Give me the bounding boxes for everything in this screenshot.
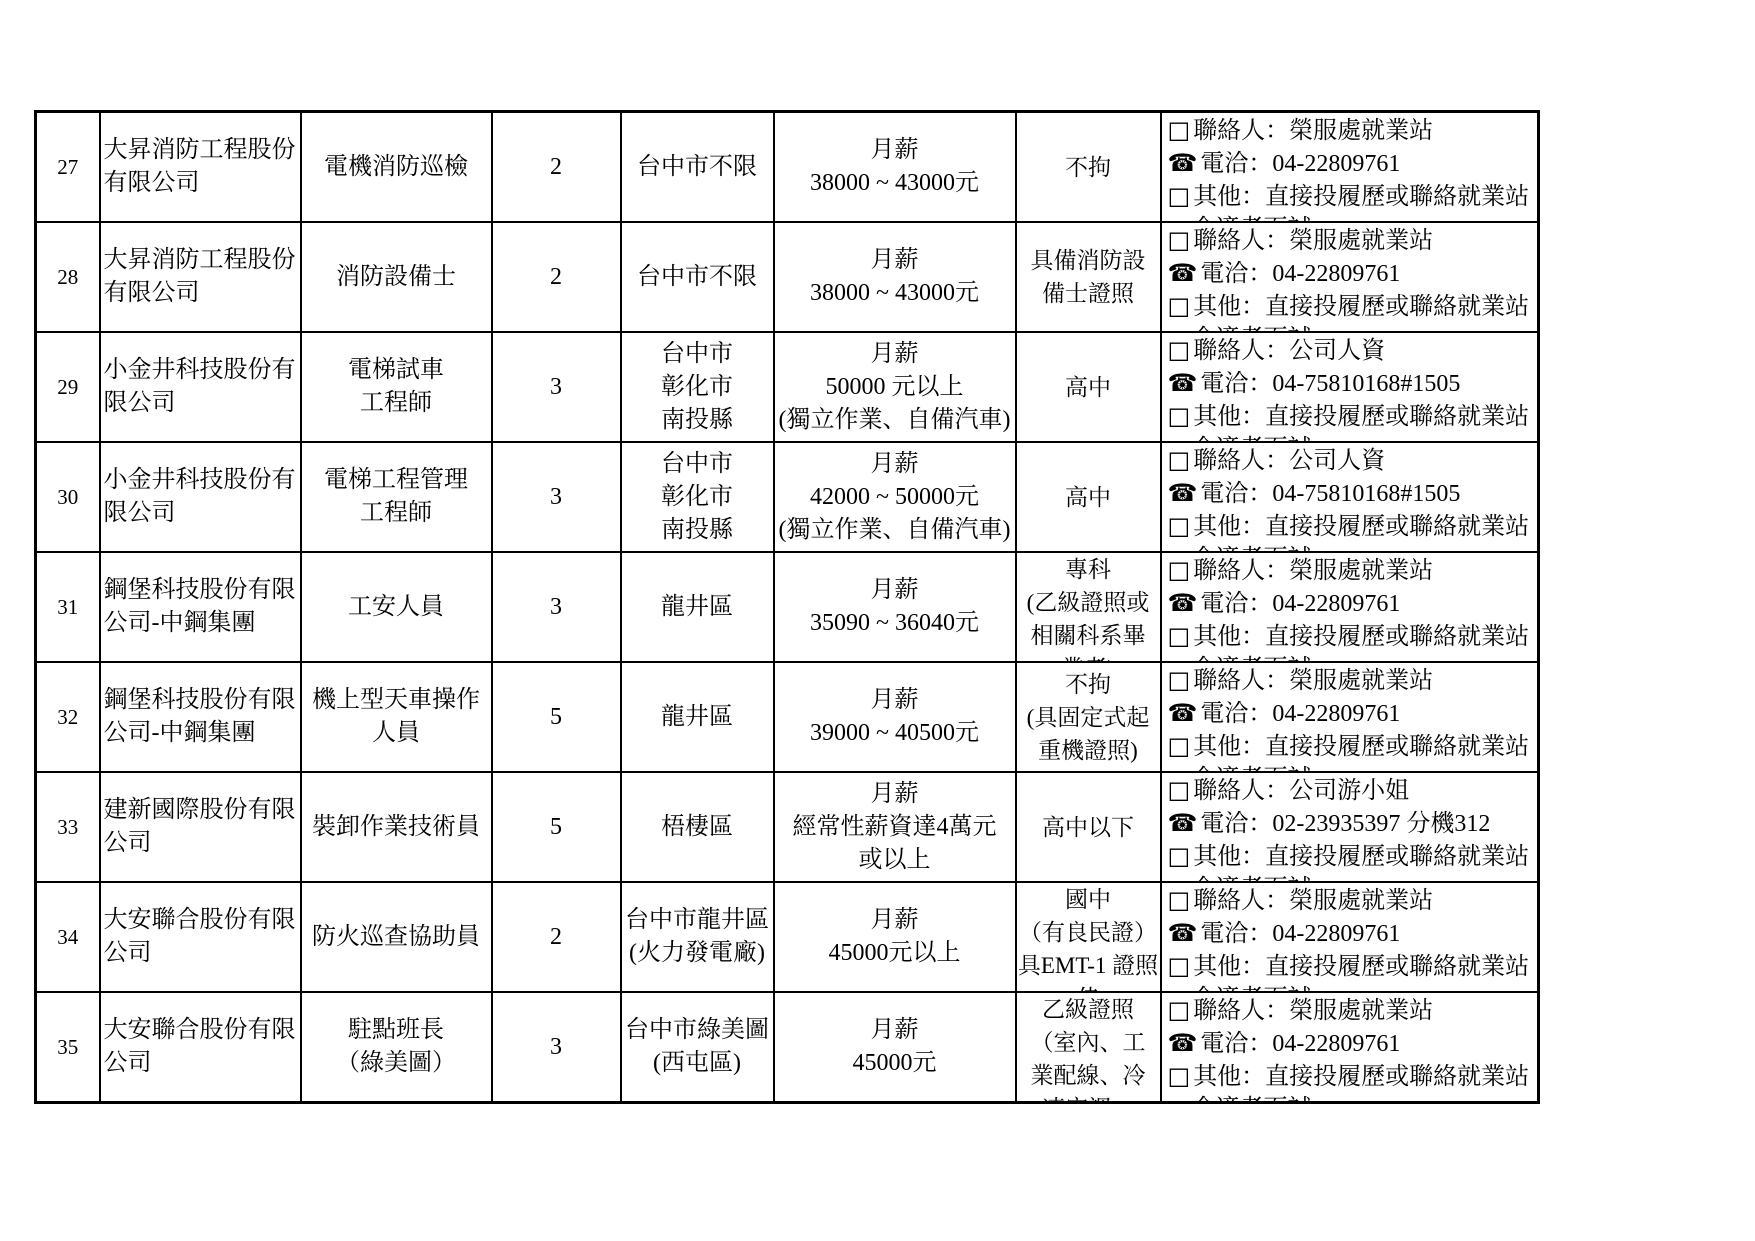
contact-line: □聯絡人：榮服處就業站 [1168, 664, 1534, 697]
phone-icon: ☎ [1168, 919, 1198, 947]
job-title-cell: 防火巡查協助員 [301, 882, 492, 992]
contact-line-text: 聯絡人：公司游小姐 [1193, 778, 1409, 804]
salary-text: 月薪 35090 ~ 36040元 [775, 574, 1015, 640]
contact-cell: □聯絡人：公司人資☎電洽：04-75810168#1505□其他：直接投履歷或聯… [1161, 442, 1539, 552]
checkbox-icon: □ [1168, 116, 1191, 144]
salary-cell: 月薪 38000 ~ 43000元 [774, 112, 1016, 223]
table-row: 35 大安聯合股份有限公司 駐點班長 （綠美圖） 3 台中市綠美圖 (西屯區) … [36, 992, 1539, 1103]
contact-info: □聯絡人：榮服處就業站☎電洽：04-22809761□其他：直接投履歷或聯絡就業… [1168, 664, 1534, 771]
openings-cell: 2 [492, 112, 621, 223]
row-number-cell: 35 [36, 992, 100, 1103]
row-number-cell: 33 [36, 772, 100, 882]
checkbox-icon: □ [1168, 952, 1191, 980]
contact-line: ☎電洽：04-75810168#1505 [1168, 367, 1534, 400]
checkbox-icon: □ [1168, 556, 1191, 584]
location-cell: 台中市不限 [621, 222, 774, 332]
contact-line-text: 其他：直接投履歷或聯絡就業站 ，合適者面試 [1168, 1064, 1530, 1101]
row-number: 31 [37, 591, 99, 624]
checkbox-icon: □ [1168, 842, 1191, 870]
checkbox-icon: □ [1168, 622, 1191, 650]
company-name: 小金井科技股份有限公司 [101, 464, 300, 530]
openings-cell: 3 [492, 332, 621, 442]
job-listings-table: 27 大昇消防工程股份有限公司 電機消防巡檢 2 台中市不限 月薪 38000 … [34, 110, 1540, 1104]
requirement-text: 不拘 [1017, 151, 1160, 184]
contact-line: □聯絡人：公司游小姐 [1168, 774, 1534, 807]
table-row: 30 小金井科技股份有限公司 電梯工程管理 工程師 3 台中市 彰化市 南投縣 … [36, 442, 1539, 552]
contact-line: □其他：直接投履歷或聯絡就業站 ，合適者面試 [1168, 290, 1534, 331]
location-cell: 梧棲區 [621, 772, 774, 882]
location-text: 台中市不限 [622, 151, 773, 184]
job-title: 電機消防巡檢 [302, 151, 491, 184]
contact-info: □聯絡人：公司人資☎電洽：04-75810168#1505□其他：直接投履歷或聯… [1168, 444, 1534, 551]
contact-line-text: 電洽：02-23935397 分機312 [1200, 811, 1490, 837]
table-row: 27 大昇消防工程股份有限公司 電機消防巡檢 2 台中市不限 月薪 38000 … [36, 112, 1539, 223]
contact-info: □聯絡人：榮服處就業站☎電洽：04-22809761□其他：直接投履歷或聯絡就業… [1168, 994, 1534, 1101]
contact-line-text: 電洽：04-22809761 [1200, 701, 1400, 727]
salary-cell: 月薪 50000 元以上 (獨立作業、自備汽車) [774, 332, 1016, 442]
openings-cell: 3 [492, 552, 621, 662]
location-text: 梧棲區 [622, 811, 773, 844]
location-text: 龍井區 [622, 591, 773, 624]
table-row: 29 小金井科技股份有限公司 電梯試車 工程師 3 台中市 彰化市 南投縣 月薪… [36, 332, 1539, 442]
contact-line-text: 電洽：04-22809761 [1200, 591, 1400, 617]
job-title: 裝卸作業技術員 [302, 811, 491, 844]
checkbox-icon: □ [1168, 226, 1191, 254]
requirement-cell: 高中 [1016, 442, 1161, 552]
company-name: 大昇消防工程股份有限公司 [101, 134, 300, 200]
company-cell: 鋼堡科技股份有限公司-中鋼集團 [100, 552, 301, 662]
contact-cell: □聯絡人：榮服處就業站☎電洽：04-22809761□其他：直接投履歷或聯絡就業… [1161, 112, 1539, 223]
contact-line: □其他：直接投履歷或聯絡就業站 ，合適者面試 [1168, 730, 1534, 771]
openings-cell: 2 [492, 222, 621, 332]
contact-line-text: 電洽：04-22809761 [1200, 1031, 1400, 1057]
contact-line: ☎電洽：04-22809761 [1168, 147, 1534, 180]
contact-line: □其他：直接投履歷或聯絡就業站 ，合適者面試 [1168, 1060, 1534, 1101]
contact-line: □聯絡人：榮服處就業站 [1168, 554, 1534, 587]
company-cell: 小金井科技股份有限公司 [100, 442, 301, 552]
contact-line: ☎電洽：04-22809761 [1168, 587, 1534, 620]
phone-icon: ☎ [1168, 699, 1198, 727]
location-text: 龍井區 [622, 701, 773, 734]
phone-icon: ☎ [1168, 809, 1198, 837]
row-number: 28 [37, 261, 99, 294]
contact-line: ☎電洽：04-22809761 [1168, 257, 1534, 290]
requirement-cell: 具備消防設 備士證照 [1016, 222, 1161, 332]
checkbox-icon: □ [1168, 292, 1191, 320]
salary-cell: 月薪 經常性薪資達4萬元 或以上 [774, 772, 1016, 882]
location-text: 台中市 彰化市 南投縣 [622, 448, 773, 547]
requirement-cell: 高中以下 [1016, 772, 1161, 882]
location-text: 台中市 彰化市 南投縣 [622, 338, 773, 437]
location-text: 台中市綠美圖 (西屯區) [622, 1014, 773, 1080]
contact-line-text: 聯絡人：榮服處就業站 [1193, 888, 1433, 914]
requirement-text: 高中以下 [1017, 811, 1160, 844]
openings-cell: 3 [492, 442, 621, 552]
requirement-text: 乙級證照 （室內、工 業配線、冷 凍空調、 [1017, 993, 1160, 1101]
openings-cell: 2 [492, 882, 621, 992]
row-number: 30 [37, 481, 99, 514]
salary-text: 月薪 經常性薪資達4萬元 或以上 [775, 778, 1015, 877]
location-cell: 台中市不限 [621, 112, 774, 223]
salary-cell: 月薪 45000元以上 [774, 882, 1016, 992]
contact-line-text: 聯絡人：榮服處就業站 [1193, 118, 1433, 144]
contact-line: □聯絡人：榮服處就業站 [1168, 114, 1534, 147]
openings-count: 5 [493, 811, 620, 844]
location-cell: 台中市 彰化市 南投縣 [621, 442, 774, 552]
checkbox-icon: □ [1168, 182, 1191, 210]
contact-line: ☎電洽：04-22809761 [1168, 697, 1534, 730]
job-title: 防火巡查協助員 [302, 921, 491, 954]
salary-text: 月薪 45000元 [775, 1014, 1015, 1080]
contact-line-text: 其他：直接投履歷或聯絡就業站 ，合適者面試 [1168, 514, 1530, 551]
contact-line: □聯絡人：公司人資 [1168, 444, 1534, 477]
contact-cell: □聯絡人：榮服處就業站☎電洽：04-22809761□其他：直接投履歷或聯絡就業… [1161, 992, 1539, 1103]
requirement-cell: 不拘 [1016, 112, 1161, 223]
row-number-cell: 29 [36, 332, 100, 442]
row-number: 35 [37, 1031, 99, 1064]
requirement-cell: 專科 (乙級證照或 相關科系畢 業者) [1016, 552, 1161, 662]
checkbox-icon: □ [1168, 666, 1191, 694]
row-number-cell: 32 [36, 662, 100, 772]
openings-count: 5 [493, 701, 620, 734]
openings-count: 2 [493, 921, 620, 954]
contact-line-text: 聯絡人：榮服處就業站 [1193, 558, 1433, 584]
contact-line-text: 電洽：04-22809761 [1200, 151, 1400, 177]
job-title-cell: 電機消防巡檢 [301, 112, 492, 223]
row-number: 34 [37, 921, 99, 954]
job-title: 電梯工程管理 工程師 [302, 464, 491, 530]
salary-text: 月薪 38000 ~ 43000元 [775, 134, 1015, 200]
salary-text: 月薪 42000 ~ 50000元 (獨立作業、自備汽車) [775, 448, 1015, 547]
contact-line-text: 聯絡人：公司人資 [1193, 448, 1385, 474]
company-cell: 大昇消防工程股份有限公司 [100, 222, 301, 332]
company-cell: 鋼堡科技股份有限公司-中鋼集團 [100, 662, 301, 772]
contact-line-text: 其他：直接投履歷或聯絡就業站 ，合適者面試 [1168, 624, 1530, 661]
phone-icon: ☎ [1168, 479, 1198, 507]
row-number: 33 [37, 811, 99, 844]
contact-line-text: 其他：直接投履歷或聯絡就業站 ，合適者面試 [1168, 734, 1530, 771]
contact-info: □聯絡人：榮服處就業站☎電洽：04-22809761□其他：直接投履歷或聯絡就業… [1168, 114, 1534, 221]
job-title-cell: 電梯試車 工程師 [301, 332, 492, 442]
company-name: 大安聯合股份有限公司 [101, 1014, 300, 1080]
job-title-cell: 駐點班長 （綠美圖） [301, 992, 492, 1103]
phone-icon: ☎ [1168, 259, 1198, 287]
row-number: 32 [37, 701, 99, 734]
job-title-cell: 機上型天車操作 人員 [301, 662, 492, 772]
requirement-cell: 不拘 (具固定式起 重機證照) [1016, 662, 1161, 772]
phone-icon: ☎ [1168, 369, 1198, 397]
openings-cell: 3 [492, 992, 621, 1103]
row-number-cell: 28 [36, 222, 100, 332]
job-title-cell: 電梯工程管理 工程師 [301, 442, 492, 552]
company-cell: 小金井科技股份有限公司 [100, 332, 301, 442]
job-title: 消防設備士 [302, 261, 491, 294]
contact-line-text: 其他：直接投履歷或聯絡就業站 ，合適者面試 [1168, 294, 1530, 331]
contact-line: □聯絡人：榮服處就業站 [1168, 994, 1534, 1027]
company-name: 小金井科技股份有限公司 [101, 354, 300, 420]
requirement-text: 高中 [1017, 481, 1160, 514]
phone-icon: ☎ [1168, 1029, 1198, 1057]
location-cell: 台中市綠美圖 (西屯區) [621, 992, 774, 1103]
checkbox-icon: □ [1168, 446, 1191, 474]
job-title-cell: 裝卸作業技術員 [301, 772, 492, 882]
openings-count: 3 [493, 481, 620, 514]
salary-cell: 月薪 42000 ~ 50000元 (獨立作業、自備汽車) [774, 442, 1016, 552]
openings-cell: 5 [492, 772, 621, 882]
requirement-text: 具備消防設 備士證照 [1017, 244, 1160, 310]
contact-line-text: 電洽：04-75810168#1505 [1200, 481, 1460, 507]
contact-line: □其他：直接投履歷或聯絡就業站 ，合適者面試 [1168, 840, 1534, 881]
checkbox-icon: □ [1168, 886, 1191, 914]
company-name: 建新國際股份有限公司 [101, 794, 300, 860]
contact-line: ☎電洽：02-23935397 分機312 [1168, 807, 1534, 840]
salary-cell: 月薪 45000元 [774, 992, 1016, 1103]
salary-cell: 月薪 35090 ~ 36040元 [774, 552, 1016, 662]
location-text: 台中市不限 [622, 261, 773, 294]
company-name: 大安聯合股份有限公司 [101, 904, 300, 970]
phone-icon: ☎ [1168, 589, 1198, 617]
requirement-text: 國中 （有良民證） 具EMT-1 證照 佳 [1017, 883, 1160, 991]
openings-count: 3 [493, 371, 620, 404]
company-cell: 大昇消防工程股份有限公司 [100, 112, 301, 223]
contact-cell: □聯絡人：榮服處就業站☎電洽：04-22809761□其他：直接投履歷或聯絡就業… [1161, 222, 1539, 332]
contact-line: □其他：直接投履歷或聯絡就業站 ，合適者面試 [1168, 400, 1534, 441]
contact-cell: □聯絡人：公司人資☎電洽：04-75810168#1505□其他：直接投履歷或聯… [1161, 332, 1539, 442]
requirement-cell: 國中 （有良民證） 具EMT-1 證照 佳 [1016, 882, 1161, 992]
contact-line-text: 聯絡人：榮服處就業站 [1193, 998, 1433, 1024]
openings-count: 2 [493, 261, 620, 294]
openings-count: 3 [493, 591, 620, 624]
location-text: 台中市龍井區 (火力發電廠) [622, 904, 773, 970]
row-number: 27 [37, 151, 99, 184]
checkbox-icon: □ [1168, 1062, 1191, 1090]
contact-line-text: 聯絡人：公司人資 [1193, 338, 1385, 364]
salary-cell: 月薪 38000 ~ 43000元 [774, 222, 1016, 332]
salary-text: 月薪 38000 ~ 43000元 [775, 244, 1015, 310]
company-name: 鋼堡科技股份有限公司-中鋼集團 [101, 574, 300, 640]
job-title: 電梯試車 工程師 [302, 354, 491, 420]
job-title-cell: 消防設備士 [301, 222, 492, 332]
requirement-cell: 乙級證照 （室內、工 業配線、冷 凍空調、 [1016, 992, 1161, 1103]
row-number-cell: 34 [36, 882, 100, 992]
contact-cell: □聯絡人：公司游小姐☎電洽：02-23935397 分機312□其他：直接投履歷… [1161, 772, 1539, 882]
company-cell: 建新國際股份有限公司 [100, 772, 301, 882]
location-cell: 龍井區 [621, 552, 774, 662]
contact-line: □其他：直接投履歷或聯絡就業站 ，合適者面試 [1168, 180, 1534, 221]
contact-info: □聯絡人：公司游小姐☎電洽：02-23935397 分機312□其他：直接投履歷… [1168, 774, 1534, 881]
contact-line-text: 聯絡人：榮服處就業站 [1193, 668, 1433, 694]
contact-info: □聯絡人：公司人資☎電洽：04-75810168#1505□其他：直接投履歷或聯… [1168, 334, 1534, 441]
salary-text: 月薪 50000 元以上 (獨立作業、自備汽車) [775, 338, 1015, 437]
contact-line: □其他：直接投履歷或聯絡就業站 ，合適者面試 [1168, 620, 1534, 661]
checkbox-icon: □ [1168, 996, 1191, 1024]
contact-line-text: 電洽：04-22809761 [1200, 261, 1400, 287]
openings-count: 3 [493, 1031, 620, 1064]
checkbox-icon: □ [1168, 336, 1191, 364]
contact-cell: □聯絡人：榮服處就業站☎電洽：04-22809761□其他：直接投履歷或聯絡就業… [1161, 552, 1539, 662]
contact-info: □聯絡人：榮服處就業站☎電洽：04-22809761□其他：直接投履歷或聯絡就業… [1168, 224, 1534, 331]
contact-line-text: 其他：直接投履歷或聯絡就業站 ，合適者面試 [1168, 954, 1530, 991]
company-cell: 大安聯合股份有限公司 [100, 992, 301, 1103]
job-title: 機上型天車操作 人員 [302, 684, 491, 750]
table-row: 28 大昇消防工程股份有限公司 消防設備士 2 台中市不限 月薪 38000 ~… [36, 222, 1539, 332]
openings-cell: 5 [492, 662, 621, 772]
contact-line: □聯絡人：榮服處就業站 [1168, 884, 1534, 917]
company-cell: 大安聯合股份有限公司 [100, 882, 301, 992]
contact-line: ☎電洽：04-75810168#1505 [1168, 477, 1534, 510]
location-cell: 台中市 彰化市 南投縣 [621, 332, 774, 442]
contact-line: □聯絡人：榮服處就業站 [1168, 224, 1534, 257]
row-number: 29 [37, 371, 99, 404]
company-name: 鋼堡科技股份有限公司-中鋼集團 [101, 684, 300, 750]
contact-line-text: 其他：直接投履歷或聯絡就業站 ，合適者面試 [1168, 844, 1530, 881]
contact-line-text: 電洽：04-75810168#1505 [1200, 371, 1460, 397]
row-number-cell: 31 [36, 552, 100, 662]
phone-icon: ☎ [1168, 149, 1198, 177]
contact-info: □聯絡人：榮服處就業站☎電洽：04-22809761□其他：直接投履歷或聯絡就業… [1168, 884, 1534, 991]
row-number-cell: 30 [36, 442, 100, 552]
contact-line: ☎電洽：04-22809761 [1168, 917, 1534, 950]
contact-line: □其他：直接投履歷或聯絡就業站 ，合適者面試 [1168, 950, 1534, 991]
requirement-cell: 高中 [1016, 332, 1161, 442]
requirement-text: 不拘 (具固定式起 重機證照) [1017, 668, 1160, 767]
row-number-cell: 27 [36, 112, 100, 223]
contact-line-text: 其他：直接投履歷或聯絡就業站 ，合適者面試 [1168, 404, 1530, 441]
contact-cell: □聯絡人：榮服處就業站☎電洽：04-22809761□其他：直接投履歷或聯絡就業… [1161, 662, 1539, 772]
openings-count: 2 [493, 151, 620, 184]
contact-cell: □聯絡人：榮服處就業站☎電洽：04-22809761□其他：直接投履歷或聯絡就業… [1161, 882, 1539, 992]
job-title: 駐點班長 （綠美圖） [302, 1014, 491, 1080]
salary-text: 月薪 39000 ~ 40500元 [775, 684, 1015, 750]
salary-text: 月薪 45000元以上 [775, 904, 1015, 970]
table-row: 31 鋼堡科技股份有限公司-中鋼集團 工安人員 3 龍井區 月薪 35090 ~… [36, 552, 1539, 662]
contact-line: □聯絡人：公司人資 [1168, 334, 1534, 367]
requirement-text: 高中 [1017, 371, 1160, 404]
job-title-cell: 工安人員 [301, 552, 492, 662]
location-cell: 龍井區 [621, 662, 774, 772]
requirement-text: 專科 (乙級證照或 相關科系畢 業者) [1017, 553, 1160, 661]
salary-cell: 月薪 39000 ~ 40500元 [774, 662, 1016, 772]
job-title: 工安人員 [302, 591, 491, 624]
table-row: 32 鋼堡科技股份有限公司-中鋼集團 機上型天車操作 人員 5 龍井區 月薪 3… [36, 662, 1539, 772]
document-page: 27 大昇消防工程股份有限公司 電機消防巡檢 2 台中市不限 月薪 38000 … [0, 0, 1755, 1241]
contact-line-text: 聯絡人：榮服處就業站 [1193, 228, 1433, 254]
checkbox-icon: □ [1168, 776, 1191, 804]
contact-line: □其他：直接投履歷或聯絡就業站 ，合適者面試 [1168, 510, 1534, 551]
contact-info: □聯絡人：榮服處就業站☎電洽：04-22809761□其他：直接投履歷或聯絡就業… [1168, 554, 1534, 661]
location-cell: 台中市龍井區 (火力發電廠) [621, 882, 774, 992]
company-name: 大昇消防工程股份有限公司 [101, 244, 300, 310]
contact-line: ☎電洽：04-22809761 [1168, 1027, 1534, 1060]
table-row: 33 建新國際股份有限公司 裝卸作業技術員 5 梧棲區 月薪 經常性薪資達4萬元… [36, 772, 1539, 882]
table-row: 34 大安聯合股份有限公司 防火巡查協助員 2 台中市龍井區 (火力發電廠) 月… [36, 882, 1539, 992]
checkbox-icon: □ [1168, 402, 1191, 430]
checkbox-icon: □ [1168, 512, 1191, 540]
contact-line-text: 電洽：04-22809761 [1200, 921, 1400, 947]
contact-line-text: 其他：直接投履歷或聯絡就業站 ，合適者面試 [1168, 184, 1530, 221]
checkbox-icon: □ [1168, 732, 1191, 760]
